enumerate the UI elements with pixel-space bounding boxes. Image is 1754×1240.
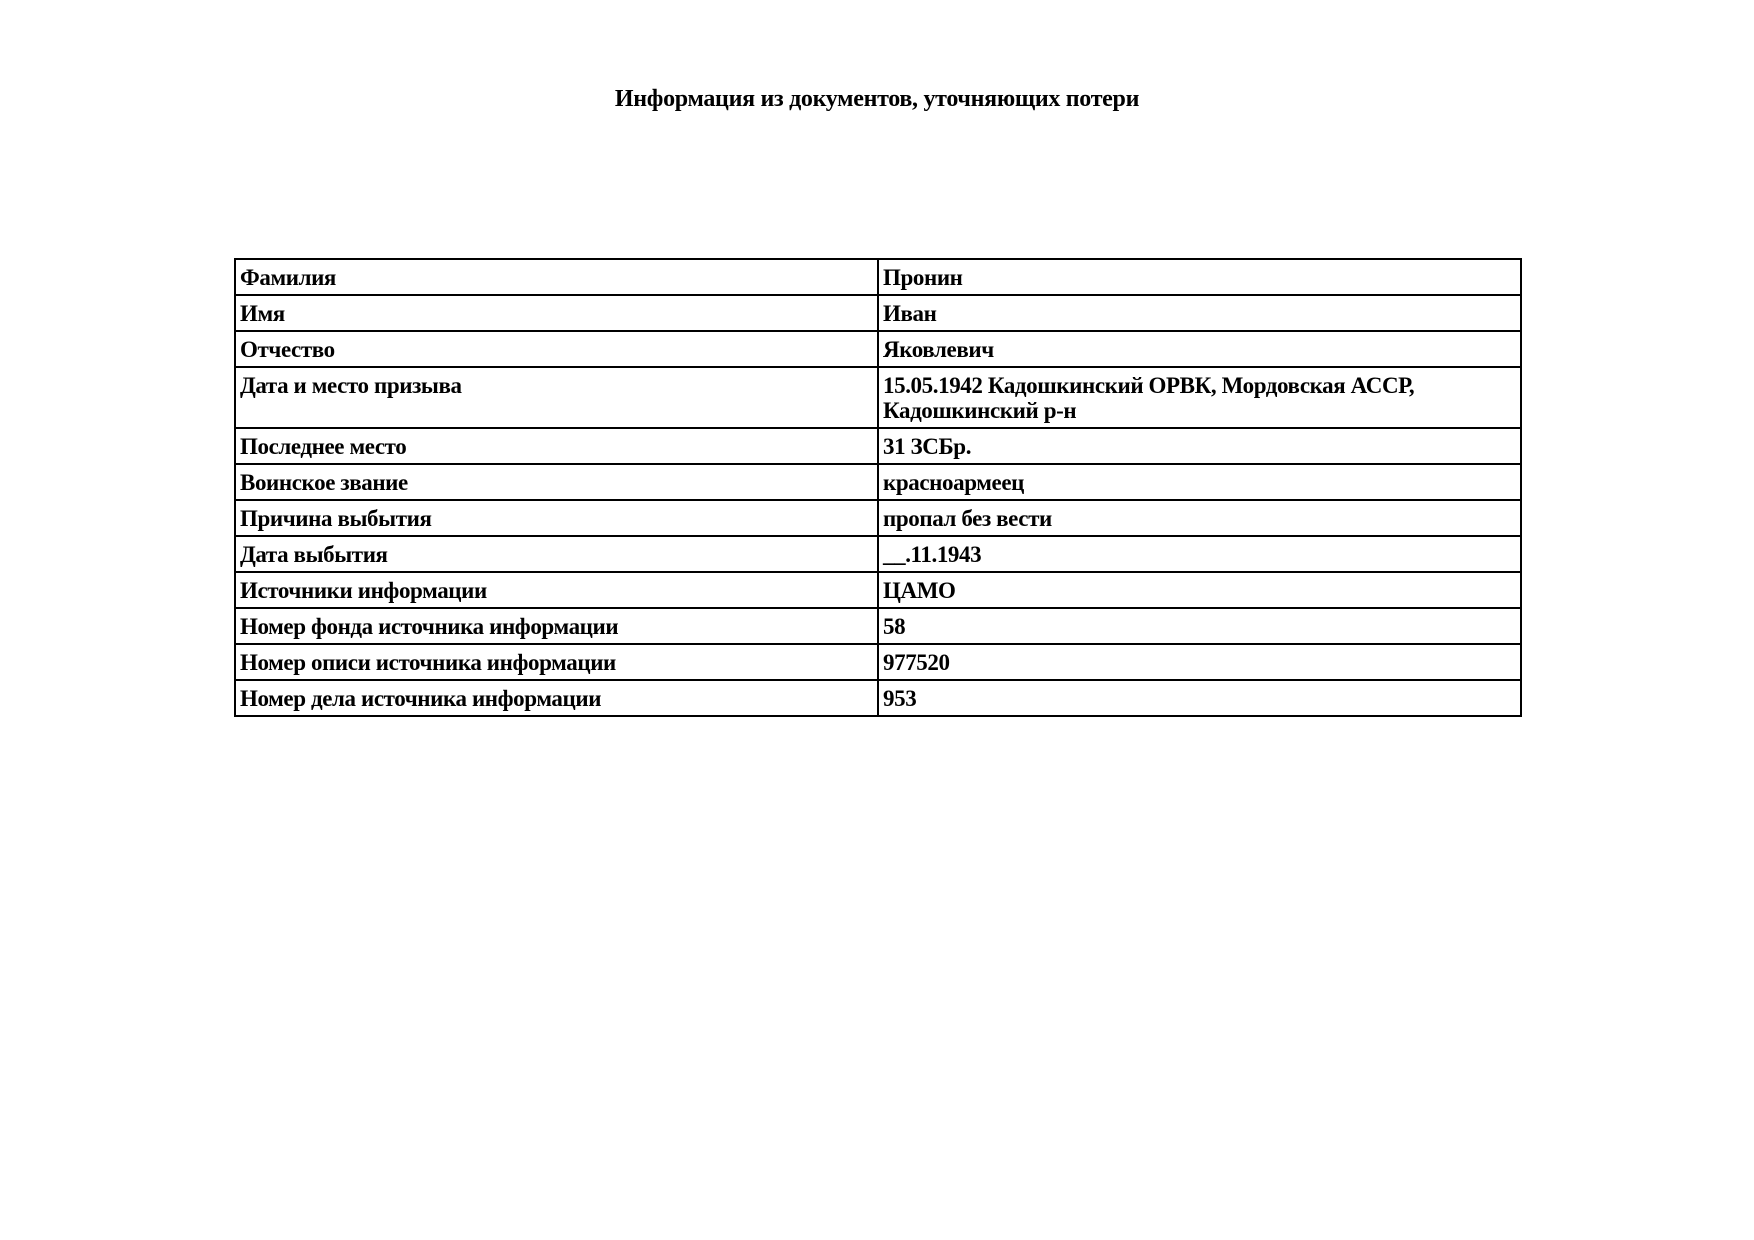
field-label: Фамилия	[235, 259, 878, 295]
field-label: Дата выбытия	[235, 536, 878, 572]
table-row-fond-number: Номер фонда источника информации 58	[235, 608, 1521, 644]
table-row-file-number: Номер дела источника информации 953	[235, 680, 1521, 716]
field-value: 31 ЗСБр.	[878, 428, 1521, 464]
table-row-conscription: Дата и место призыва 15.05.1942 Кадошкин…	[235, 367, 1521, 428]
field-value: 977520	[878, 644, 1521, 680]
table-row-loss-date: Дата выбытия __.11.1943	[235, 536, 1521, 572]
field-value: Яковлевич	[878, 331, 1521, 367]
field-label: Воинское звание	[235, 464, 878, 500]
field-label: Номер дела источника информации	[235, 680, 878, 716]
field-value: красноармеец	[878, 464, 1521, 500]
table-row-loss-reason: Причина выбытия пропал без вести	[235, 500, 1521, 536]
field-value: ЦАМО	[878, 572, 1521, 608]
table-row-first-name: Имя Иван	[235, 295, 1521, 331]
field-value: 953	[878, 680, 1521, 716]
field-value: пропал без вести	[878, 500, 1521, 536]
field-label: Имя	[235, 295, 878, 331]
field-value: 15.05.1942 Кадошкинский ОРВК, Мордовская…	[878, 367, 1521, 428]
field-label: Последнее место	[235, 428, 878, 464]
field-value: Пронин	[878, 259, 1521, 295]
field-label: Источники информации	[235, 572, 878, 608]
table-row-sources: Источники информации ЦАМО	[235, 572, 1521, 608]
field-label: Дата и место призыва	[235, 367, 878, 428]
field-label: Номер фонда источника информации	[235, 608, 878, 644]
field-label: Отчество	[235, 331, 878, 367]
table-row-inventory-number: Номер описи источника информации 977520	[235, 644, 1521, 680]
field-label: Причина выбытия	[235, 500, 878, 536]
field-label: Номер описи источника информации	[235, 644, 878, 680]
document-title: Информация из документов, уточняющих пот…	[0, 84, 1754, 114]
table-row-patronymic: Отчество Яковлевич	[235, 331, 1521, 367]
field-value: __.11.1943	[878, 536, 1521, 572]
loss-record-table: Фамилия Пронин Имя Иван Отчество Яковлев…	[234, 258, 1522, 717]
field-value: Иван	[878, 295, 1521, 331]
table-row-rank: Воинское звание красноармеец	[235, 464, 1521, 500]
field-value: 58	[878, 608, 1521, 644]
table-row-last-place: Последнее место 31 ЗСБр.	[235, 428, 1521, 464]
table-row-surname: Фамилия Пронин	[235, 259, 1521, 295]
